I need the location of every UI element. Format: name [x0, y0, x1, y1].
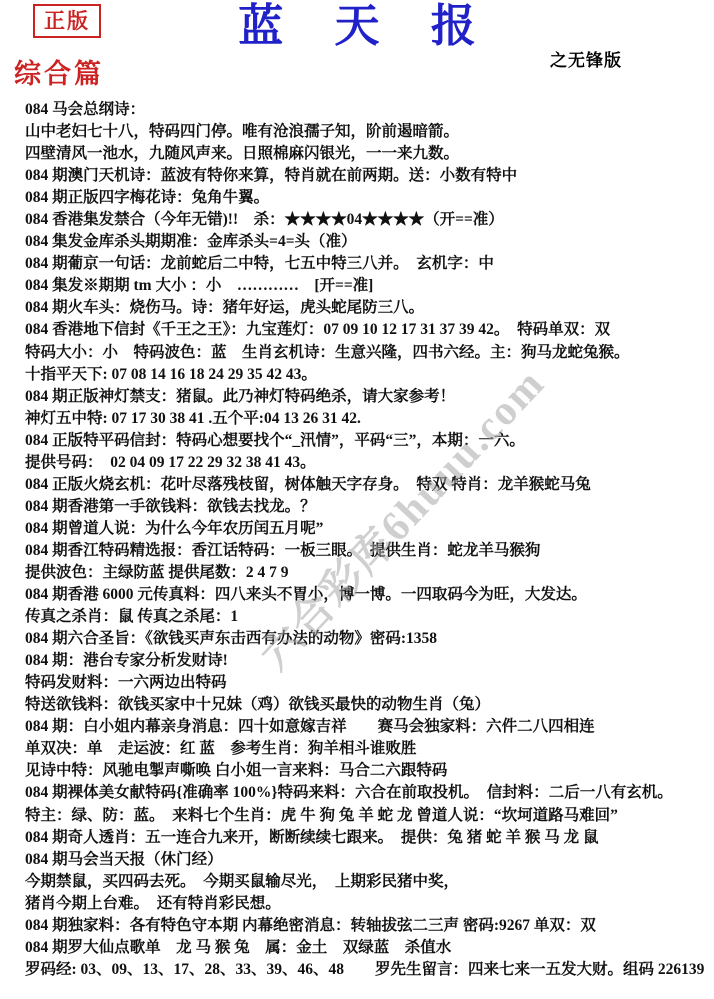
report-line: 单双决：单 走运波：红 蓝 参考生肖：狗羊相斗谁败胜: [25, 738, 710, 760]
newspaper-page: 正版 蓝 天 报 之无锋版 综合篇 084 马会总纲诗：山中老妇七十八，特码四门…: [0, 0, 714, 999]
page-title: 蓝 天 报: [0, 0, 714, 52]
report-line: 084 期奇人透肖：五一连合九来开，断断续续七跟来。 提供：兔 猪 蛇 羊 猴 …: [25, 827, 710, 849]
report-line: 084 期葡京一句话：龙前蛇后二中特，七五中特三八并。 玄机字：中: [25, 253, 710, 275]
report-line: 084 期澳门天机诗：蓝波有特你来算，特肖就在前两期。送：小数有特中: [25, 165, 710, 187]
report-line: 084 期罗大仙点歌单 龙 马 猴 兔 属：金土 双绿蓝 杀值水: [25, 937, 710, 959]
report-line: 今期禁鼠，买四码去死。 今期买鼠输尽光， 上期彩民猪中奖，: [25, 871, 710, 893]
report-line: 084 期：港台专家分析发财诗!: [25, 650, 710, 672]
report-line: 特码大小：小 特码波色：蓝 生肖玄机诗：生意兴隆，四书六经。主：狗马龙蛇兔猴。: [25, 342, 710, 364]
report-line: 特主：绿、防：蓝。 来料七个生肖：虎 牛 狗 兔 羊 蛇 龙 曾道人说：“坎坷道…: [25, 805, 710, 827]
report-line: 084 期独家料：各有特色守本期 内幕绝密消息：转轴拔弦二三声 密码:9267 …: [25, 915, 710, 937]
report-line: 084 集发※期期 tm 大小 ：小 ………… [开==准]: [25, 275, 710, 297]
report-line: 特码发财料：一六两边出特码: [25, 672, 710, 694]
report-line: 四壁清风一池水，九随风声来。日照棉麻闪银光，一一来九数。: [25, 143, 710, 165]
report-line: 084 香港集发禁合（今年无错)!! 杀：★★★★04★★★★（开==准）: [25, 209, 710, 231]
report-line: 罗码经: 03、09、13、17、28、33、39、46、48 罗先生留言：四来…: [25, 959, 710, 981]
report-line: 神灯五中特: 07 17 30 38 41 .五个平:04 13 26 31 4…: [25, 408, 710, 430]
report-line: 084 集发金库杀头期期准：金库杀头=4=头（准）: [25, 231, 710, 253]
report-lines: 084 马会总纲诗：山中老妇七十八，特码四门停。唯有沧浪孺子知，阶前遏暗箭。四壁…: [25, 99, 710, 981]
report-line: 084 期火车头：烧伤马。诗：猪年好运，虎头蛇尾防三八。: [25, 297, 710, 319]
report-line: 084 马会总纲诗：: [25, 99, 710, 121]
edition-label: 之无锋版: [550, 46, 622, 71]
report-line: 084 期：白小姐内幕亲身消息：四十如意嫁吉祥 赛马会独家料：六件二八四相连: [25, 716, 710, 738]
report-line: 084 期香港 6000 元传真料：四八来头不胃小，博一博。一四取码今为旺，大发…: [25, 584, 710, 606]
report-line: 传真之杀肖：鼠 传真之杀尾：1: [25, 606, 710, 628]
report-line: 猪肖今期上台难。 还有特肖彩民想。: [25, 893, 710, 915]
report-line: 084 期香江特码精选报：香江话特码：一板三眼。 提供生肖：蛇龙羊马猴狗: [25, 540, 710, 562]
report-line: 084 正版火烧玄机：花叶尽落残枝留，树体触天字存身。 特双 特肖：龙羊猴蛇马兔: [25, 474, 710, 496]
report-line: 见诗中特：风驰电掣声嘶唤 白小姐一言来料：马合二六跟特码: [25, 760, 710, 782]
report-line: 山中老妇七十八，特码四门停。唯有沧浪孺子知，阶前遏暗箭。: [25, 121, 710, 143]
report-line: 提供号码： 02 04 09 17 22 29 32 38 41 43。: [25, 452, 710, 474]
report-line: 084 期裸体美女献特码{准确率 100%}特码来料：六合在前取投机。 信封料：…: [25, 782, 710, 804]
report-line: 提供波色：主绿防蓝 提供尾数：2 4 7 9: [25, 562, 710, 584]
report-line: 特送欲钱料：欲钱买家中十兄妹（鸡）欲钱买最快的动物生肖（兔）: [25, 694, 710, 716]
report-line: 084 期正版神灯禁支：猪鼠。此乃神灯特码绝杀，请大家参考！: [25, 386, 710, 408]
report-line: 084 期六合圣旨：《欲钱买声东击西有办法的动物》密码:1358: [25, 628, 710, 650]
report-line: 084 香港地下信封《千王之王》：九宝莲灯：07 09 10 12 17 31 …: [25, 319, 710, 341]
report-line: 084 期马会当天报（休门经）: [25, 849, 710, 871]
report-line: 084 期正版四字梅花诗：兔角牛翼。: [25, 187, 710, 209]
report-line: 十指平天下: 07 08 14 16 18 24 29 35 42 43。: [25, 364, 710, 386]
report-line: 084 期香港第一手欲钱料：欲钱去找龙。？: [25, 496, 710, 518]
report-line: 084 期曾道人说：为什么今年农历闰五月呢”: [25, 518, 710, 540]
section-title: 综合篇: [14, 52, 104, 91]
report-line: 084 正版特平码信封：特码心想要找个“_汛情”，平码“三”，本期：一六。: [25, 430, 710, 452]
